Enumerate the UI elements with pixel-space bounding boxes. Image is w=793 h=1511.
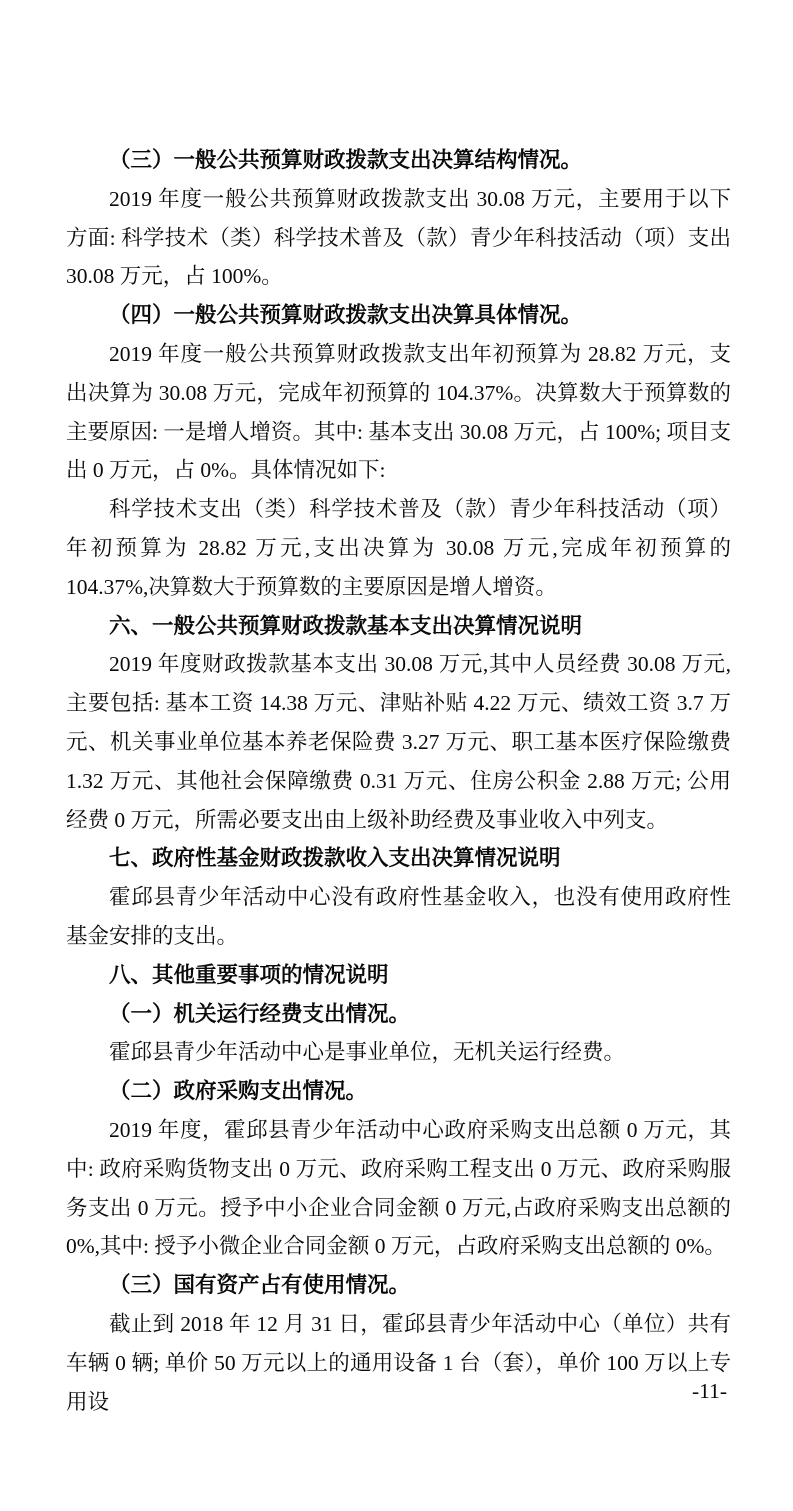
heading-section-7-government-fund: 七、政府性基金财政拨款收入支出决算情况说明 (66, 839, 731, 878)
paragraph-basic-expenditure: 2019 年度财政拨款基本支出 30.08 万元,其中人员经费 30.08 万元… (66, 645, 731, 839)
heading-state-owned-assets: （三）国有资产占有使用情况。 (66, 1266, 731, 1305)
heading-section-8-other-matters: 八、其他重要事项的情况说明 (66, 956, 731, 995)
heading-budget-expenditure-structure: （三）一般公共预算财政拨款支出决算结构情况。 (66, 141, 731, 180)
paragraph-government-fund: 霍邱县青少年活动中心没有政府性基金收入，也没有使用政府性基金安排的支出。 (66, 878, 731, 956)
paragraph-expenditure-detail: 2019 年度一般公共预算财政拨款支出年初预算为 28.82 万元，支出决算为 … (66, 335, 731, 490)
paragraph-expenditure-structure: 2019 年度一般公共预算财政拨款支出 30.08 万元，主要用于以下方面: 科… (66, 180, 731, 296)
document-page: （三）一般公共预算财政拨款支出决算结构情况。 2019 年度一般公共预算财政拨款… (0, 0, 793, 1511)
paragraph-state-owned-assets: 截止到 2018 年 12 月 31 日，霍邱县青少年活动中心（单位）共有车辆 … (66, 1305, 731, 1421)
heading-government-procurement: （二）政府采购支出情况。 (66, 1072, 731, 1111)
paragraph-agency-operating-expense: 霍邱县青少年活动中心是事业单位，无机关运行经费。 (66, 1033, 731, 1072)
paragraph-government-procurement: 2019 年度，霍邱县青少年活动中心政府采购支出总额 0 万元，其中: 政府采购… (66, 1111, 731, 1266)
heading-budget-expenditure-detail: （四）一般公共预算财政拨款支出决算具体情况。 (66, 296, 731, 335)
heading-agency-operating-expense: （一）机关运行经费支出情况。 (66, 995, 731, 1034)
document-content: （三）一般公共预算财政拨款支出决算结构情况。 2019 年度一般公共预算财政拨款… (66, 141, 731, 1421)
paragraph-science-tech-item: 科学技术支出（类）科学技术普及（款）青少年科技活动（项）年初预算为 28.82 … (66, 490, 731, 606)
page-number: -11- (692, 1372, 727, 1411)
heading-section-6-basic-expenditure: 六、一般公共预算财政拨款基本支出决算情况说明 (66, 607, 731, 646)
